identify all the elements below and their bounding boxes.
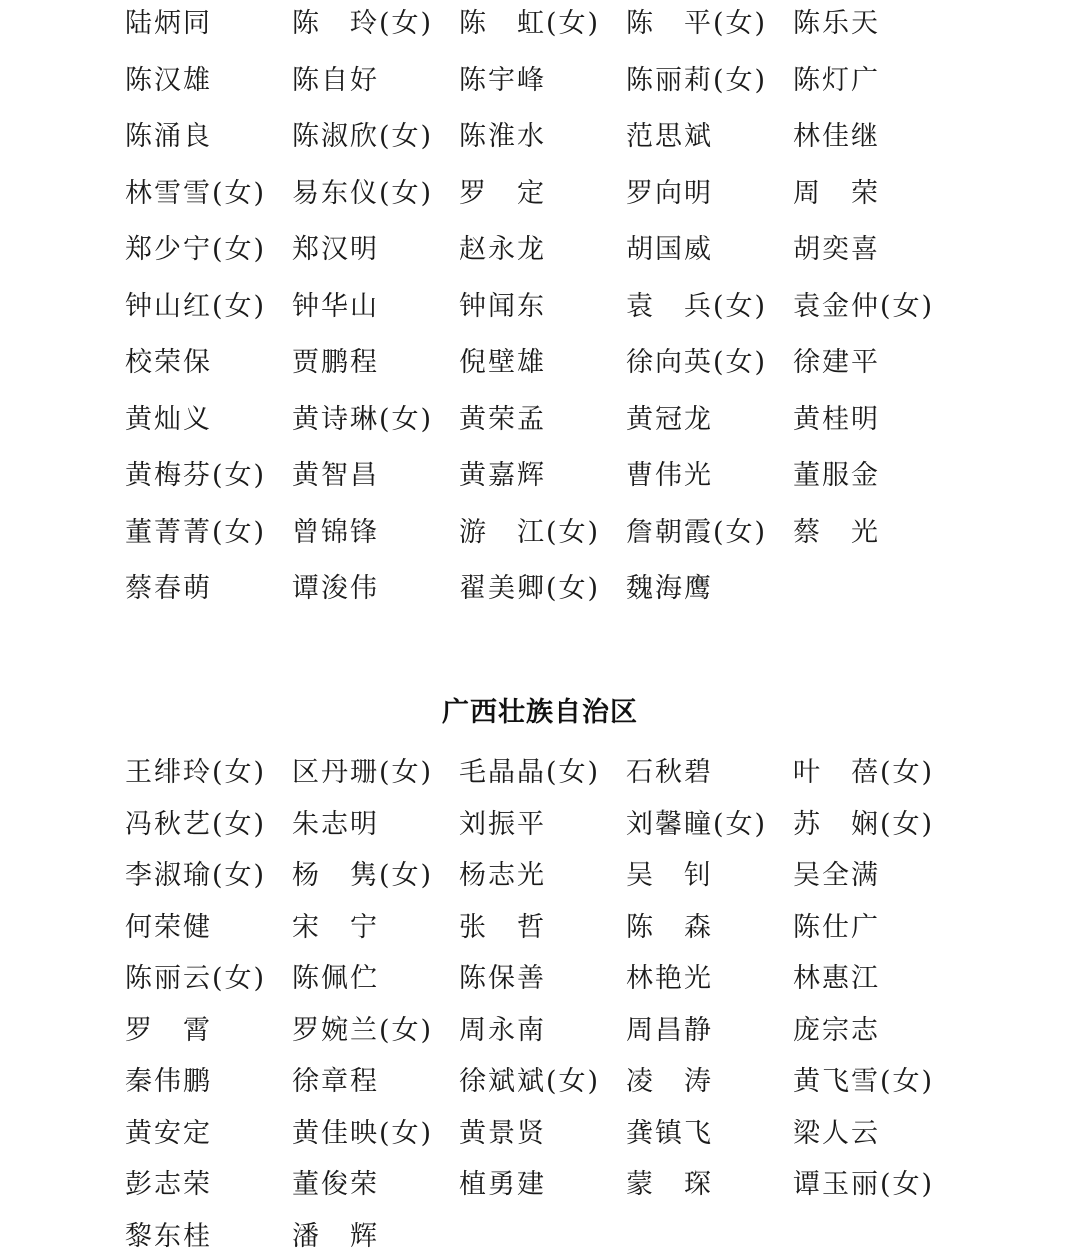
name-entry: 朱志明 <box>292 811 459 841</box>
name-entry: 黄桂明 <box>793 406 960 436</box>
name-entry: 贾鹏程 <box>292 349 459 379</box>
name-entry: 刘振平 <box>459 811 626 841</box>
name-entry: 钟闻东 <box>459 293 626 323</box>
name-entry: 赵永龙 <box>459 236 626 266</box>
name-entry: 黄灿义 <box>125 406 292 436</box>
name-entry: 陈丽莉(女) <box>626 67 793 97</box>
name-entry: 黄冠龙 <box>626 406 793 436</box>
name-entry: 袁 兵(女) <box>626 293 793 323</box>
name-entry: 冯秋艺(女) <box>125 811 292 841</box>
name-entry: 蒙 琛 <box>626 1171 793 1201</box>
name-entry: 林雪雪(女) <box>125 180 292 210</box>
name-entry: 董菁菁(女) <box>125 519 292 549</box>
name-entry: 蔡 光 <box>793 519 960 549</box>
name-entry: 陈保善 <box>459 965 626 995</box>
name-entry: 黄诗琳(女) <box>292 406 459 436</box>
name-entry: 罗向明 <box>626 180 793 210</box>
name-entry: 罗婉兰(女) <box>292 1017 459 1047</box>
name-entry: 黄智昌 <box>292 462 459 492</box>
name-entry: 陈自好 <box>292 67 459 97</box>
name-entry: 范思斌 <box>626 123 793 153</box>
name-entry: 庞宗志 <box>793 1017 960 1047</box>
name-entry: 陈汉雄 <box>125 67 292 97</box>
name-entry: 龚镇飞 <box>626 1120 793 1150</box>
name-entry: 陈乐天 <box>793 10 960 40</box>
name-entry: 倪壁雄 <box>459 349 626 379</box>
name-entry: 陈淑欣(女) <box>292 123 459 153</box>
name-entry: 詹朝霞(女) <box>626 519 793 549</box>
name-entry: 林佳继 <box>793 123 960 153</box>
name-entry: 陈丽云(女) <box>125 965 292 995</box>
name-entry: 陈涌良 <box>125 123 292 153</box>
name-entry: 王绯玲(女) <box>125 759 292 789</box>
name-entry: 曹伟光 <box>626 462 793 492</box>
name-entry: 徐章程 <box>292 1068 459 1098</box>
name-entry: 杨 隽(女) <box>292 862 459 892</box>
name-entry: 潘 辉 <box>292 1223 459 1250</box>
name-entry: 黄安定 <box>125 1120 292 1150</box>
name-entry: 石秋碧 <box>626 759 793 789</box>
name-entry: 林艳光 <box>626 965 793 995</box>
name-entry: 何荣健 <box>125 914 292 944</box>
name-entry: 叶 蓓(女) <box>793 759 960 789</box>
name-entry: 黄嘉辉 <box>459 462 626 492</box>
name-entry: 罗 定 <box>459 180 626 210</box>
name-entry: 黄荣孟 <box>459 406 626 436</box>
name-entry: 郑少宁(女) <box>125 236 292 266</box>
name-entry: 陈 平(女) <box>626 10 793 40</box>
name-entry: 林惠江 <box>793 965 960 995</box>
name-entry: 郑汉明 <box>292 236 459 266</box>
name-entry: 周永南 <box>459 1017 626 1047</box>
name-entry: 翟美卿(女) <box>459 575 626 605</box>
name-entry: 周 荣 <box>793 180 960 210</box>
name-entry: 黎东桂 <box>125 1223 292 1250</box>
name-entry: 刘馨瞳(女) <box>626 811 793 841</box>
name-entry: 董服金 <box>793 462 960 492</box>
name-entry: 宋 宁 <box>292 914 459 944</box>
name-entry: 吴全满 <box>793 862 960 892</box>
name-entry: 曾锦锋 <box>292 519 459 549</box>
name-entry: 罗 霄 <box>125 1017 292 1047</box>
name-entry: 吴 钊 <box>626 862 793 892</box>
name-entry: 钟山红(女) <box>125 293 292 323</box>
name-entry: 彭志荣 <box>125 1171 292 1201</box>
name-entry: 黄梅芬(女) <box>125 462 292 492</box>
name-entry: 周昌静 <box>626 1017 793 1047</box>
name-entry: 徐向英(女) <box>626 349 793 379</box>
name-entry: 黄飞雪(女) <box>793 1068 960 1098</box>
name-entry: 杨志光 <box>459 862 626 892</box>
name-entry: 胡国威 <box>626 236 793 266</box>
name-entry: 植勇建 <box>459 1171 626 1201</box>
name-entry: 陈宇峰 <box>459 67 626 97</box>
name-entry: 张 哲 <box>459 914 626 944</box>
name-entry: 李淑瑜(女) <box>125 862 292 892</box>
name-entry: 毛晶晶(女) <box>459 759 626 789</box>
name-entry: 黄景贤 <box>459 1120 626 1150</box>
name-entry: 陈 虹(女) <box>459 10 626 40</box>
name-entry: 蔡春萌 <box>125 575 292 605</box>
name-entry: 陈 森 <box>626 914 793 944</box>
name-entry: 陈灯广 <box>793 67 960 97</box>
name-entry: 钟华山 <box>292 293 459 323</box>
name-entry: 董俊荣 <box>292 1171 459 1201</box>
name-entry: 徐斌斌(女) <box>459 1068 626 1098</box>
name-grid-2: 王绯玲(女)区丹珊(女)毛晶晶(女)石秋碧叶 蓓(女)冯秋艺(女)朱志明刘振平刘… <box>125 759 960 1250</box>
name-entry: 陈 玲(女) <box>292 10 459 40</box>
name-entry: 陈淮水 <box>459 123 626 153</box>
name-entry: 袁金仲(女) <box>793 293 960 323</box>
name-entry: 陆炳同 <box>125 10 292 40</box>
name-grid-1: 陆炳同陈 玲(女)陈 虹(女)陈 平(女)陈乐天陈汉雄陈自好陈宇峰陈丽莉(女)陈… <box>125 10 960 605</box>
name-entry: 陈佩伫 <box>292 965 459 995</box>
name-entry: 校荣保 <box>125 349 292 379</box>
name-entry: 谭浚伟 <box>292 575 459 605</box>
name-entry: 易东仪(女) <box>292 180 459 210</box>
name-entry: 苏 娴(女) <box>793 811 960 841</box>
name-entry: 谭玉丽(女) <box>793 1171 960 1201</box>
name-entry: 秦伟鹏 <box>125 1068 292 1098</box>
section-title-guangxi: 广西壮族自治区 <box>0 690 1080 729</box>
name-entry: 区丹珊(女) <box>292 759 459 789</box>
name-entry: 游 江(女) <box>459 519 626 549</box>
name-entry: 梁人云 <box>793 1120 960 1150</box>
name-entry: 徐建平 <box>793 349 960 379</box>
name-entry: 胡奕喜 <box>793 236 960 266</box>
name-entry: 陈仕广 <box>793 914 960 944</box>
name-entry: 魏海鹰 <box>626 575 793 605</box>
name-entry: 黄佳映(女) <box>292 1120 459 1150</box>
name-entry: 凌 涛 <box>626 1068 793 1098</box>
